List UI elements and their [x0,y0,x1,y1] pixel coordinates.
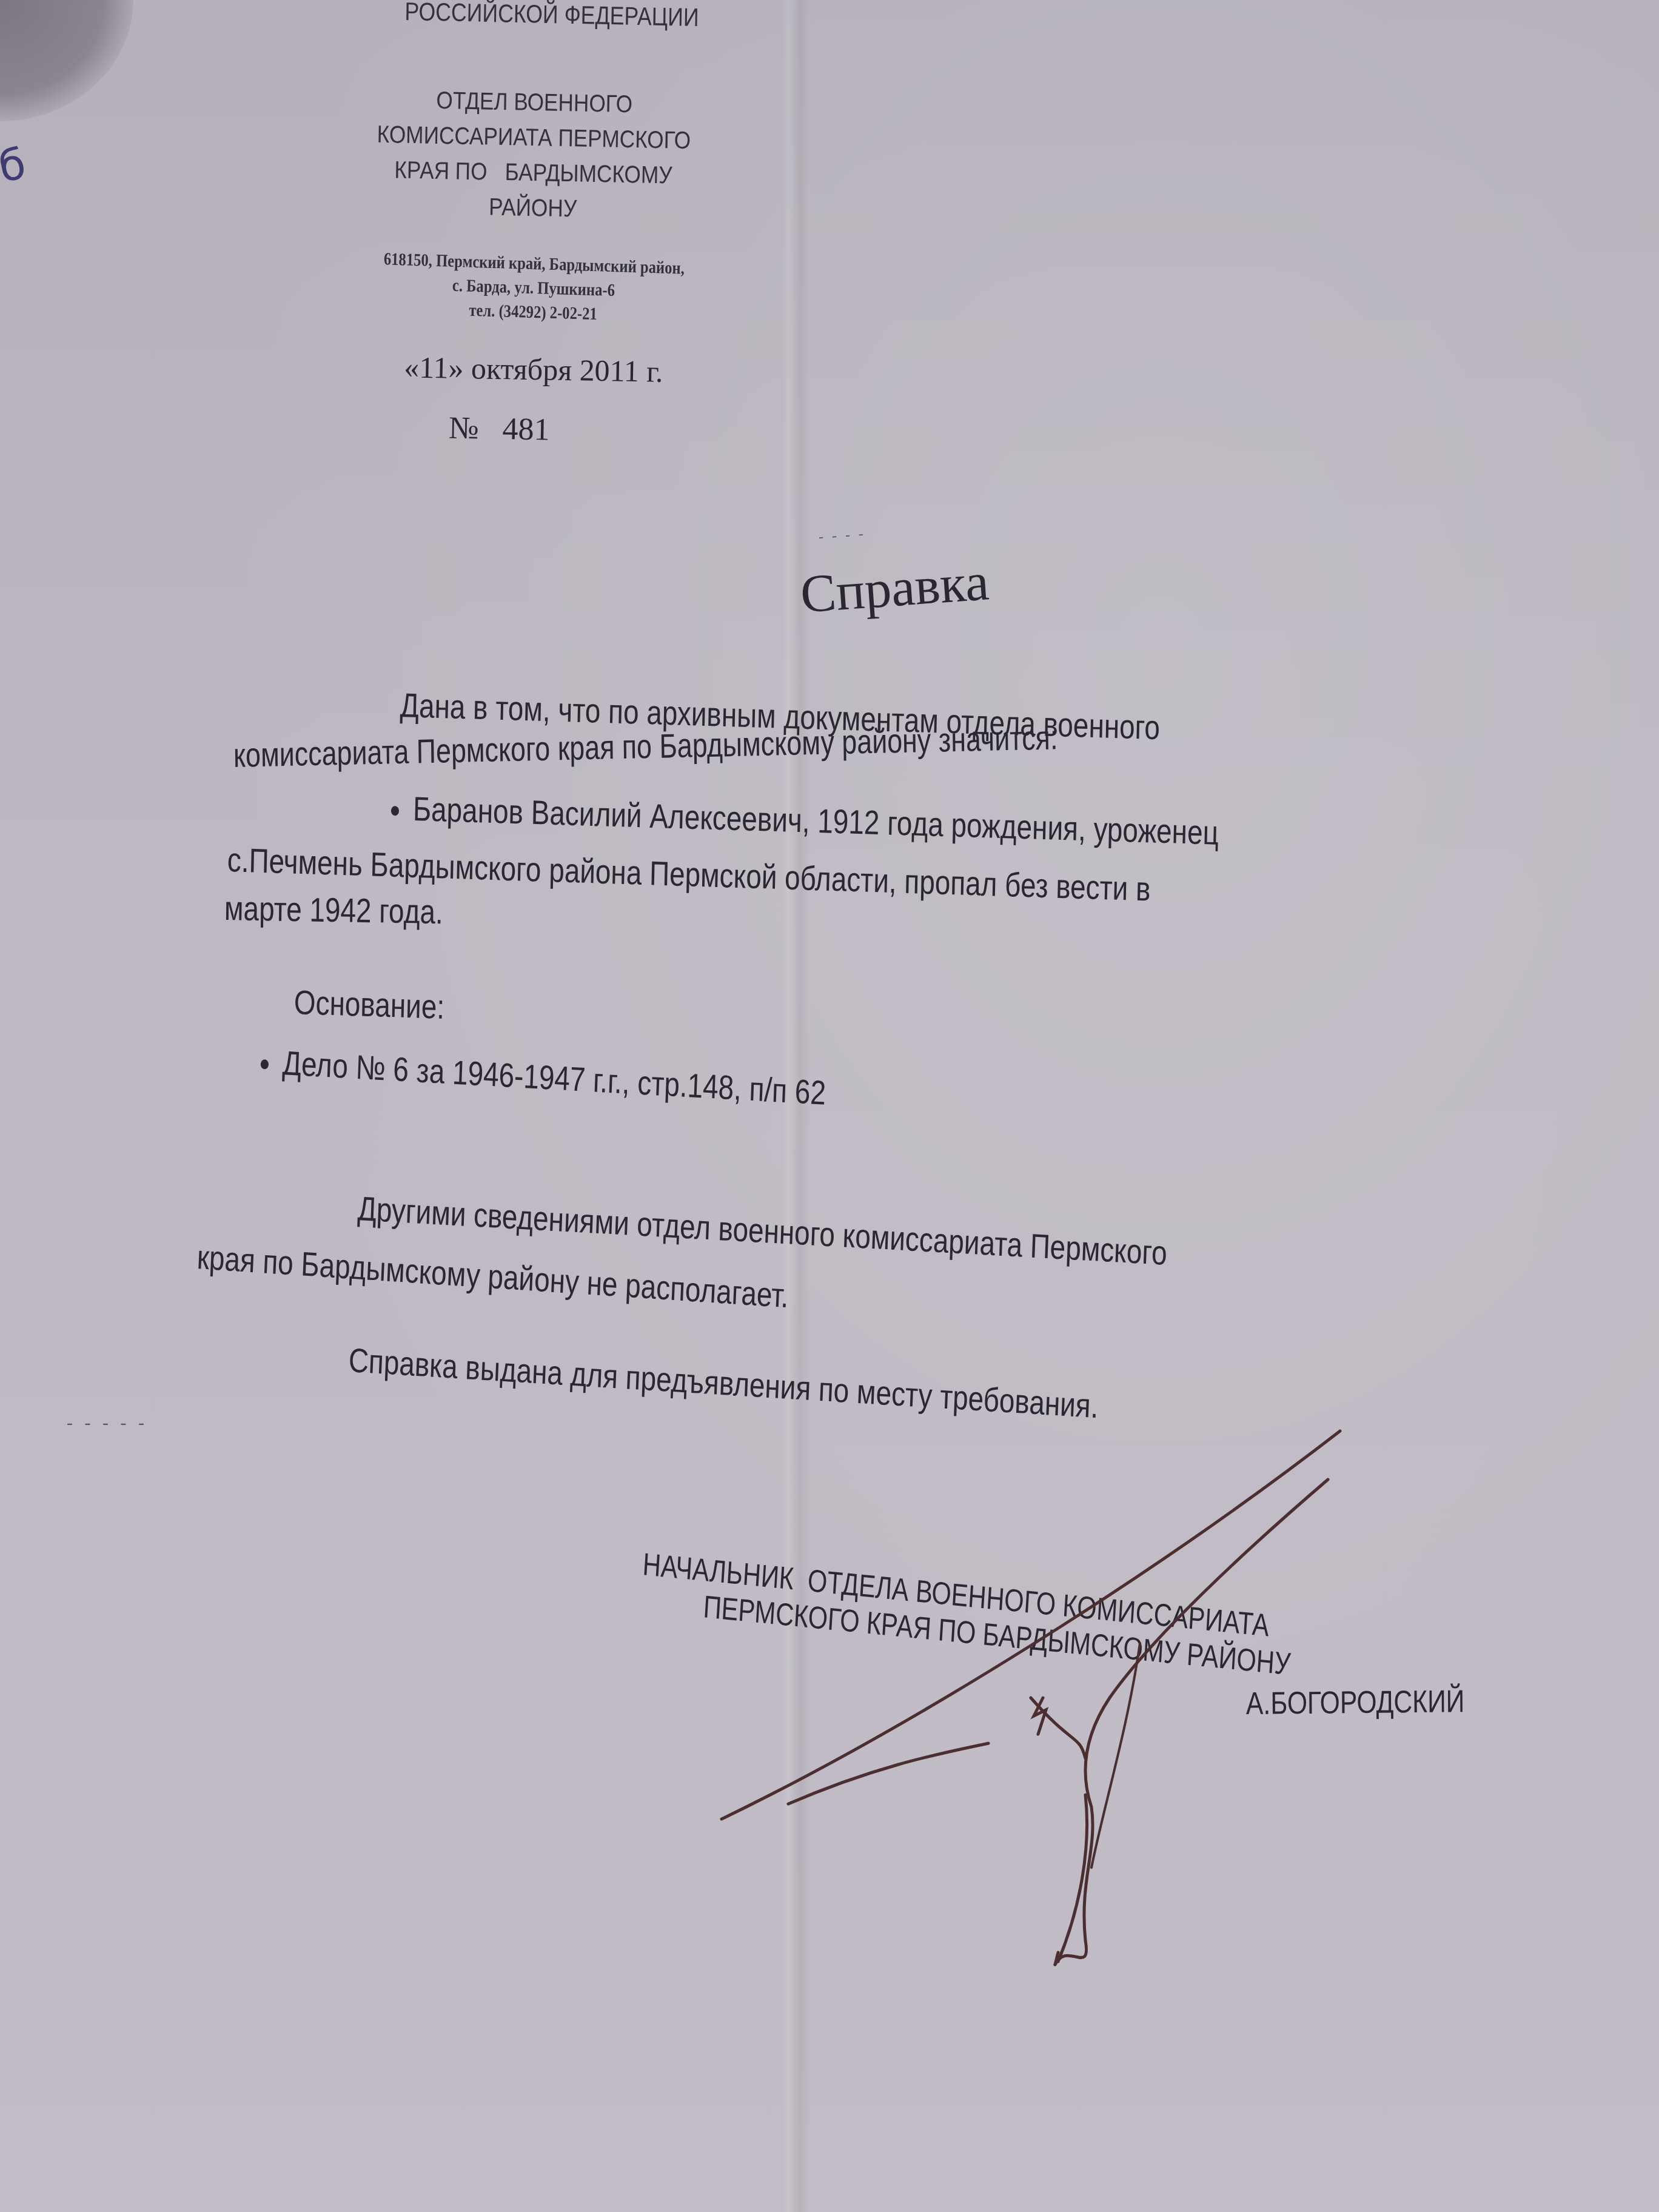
handwritten-signature-icon [0,0,1659,2212]
